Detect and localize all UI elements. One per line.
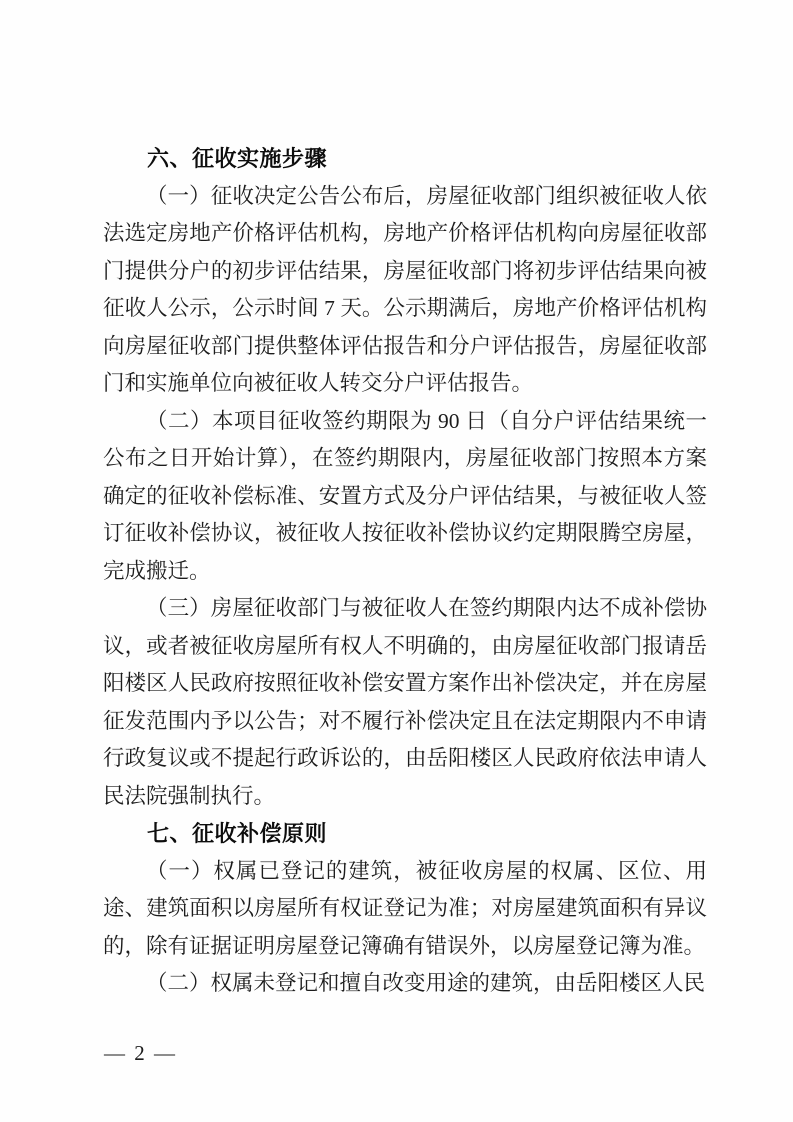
paragraph-7-2: （二）权属未登记和擅自改变用途的建筑，由岳阳楼区人民 (103, 965, 707, 1003)
section-heading-6: 六、征收实施步骤 (103, 140, 707, 178)
paragraph-7-1: （一）权属已登记的建筑，被征收房屋的权属、区位、用途、建筑面积以房屋所有权证登记… (103, 853, 707, 966)
paragraph-6-1: （一）征收决定公告公布后，房屋征收部门组织被征收人依法选定房地产价格评估机构，房… (103, 178, 707, 403)
document-body: 六、征收实施步骤 （一）征收决定公告公布后，房屋征收部门组织被征收人依法选定房地… (103, 140, 707, 1003)
page-number: — 2 — (104, 1040, 177, 1066)
document-page: 六、征收实施步骤 （一）征收决定公告公布后，房屋征收部门组织被征收人依法选定房地… (0, 0, 793, 1122)
section-heading-7: 七、征收补偿原则 (103, 815, 707, 853)
paragraph-6-2: （二）本项目征收签约期限为 90 日（自分户评估结果统一公布之日开始计算），在签… (103, 403, 707, 591)
paragraph-6-3: （三）房屋征收部门与被征收人在签约期限内达不成补偿协议，或者被征收房屋所有权人不… (103, 590, 707, 815)
